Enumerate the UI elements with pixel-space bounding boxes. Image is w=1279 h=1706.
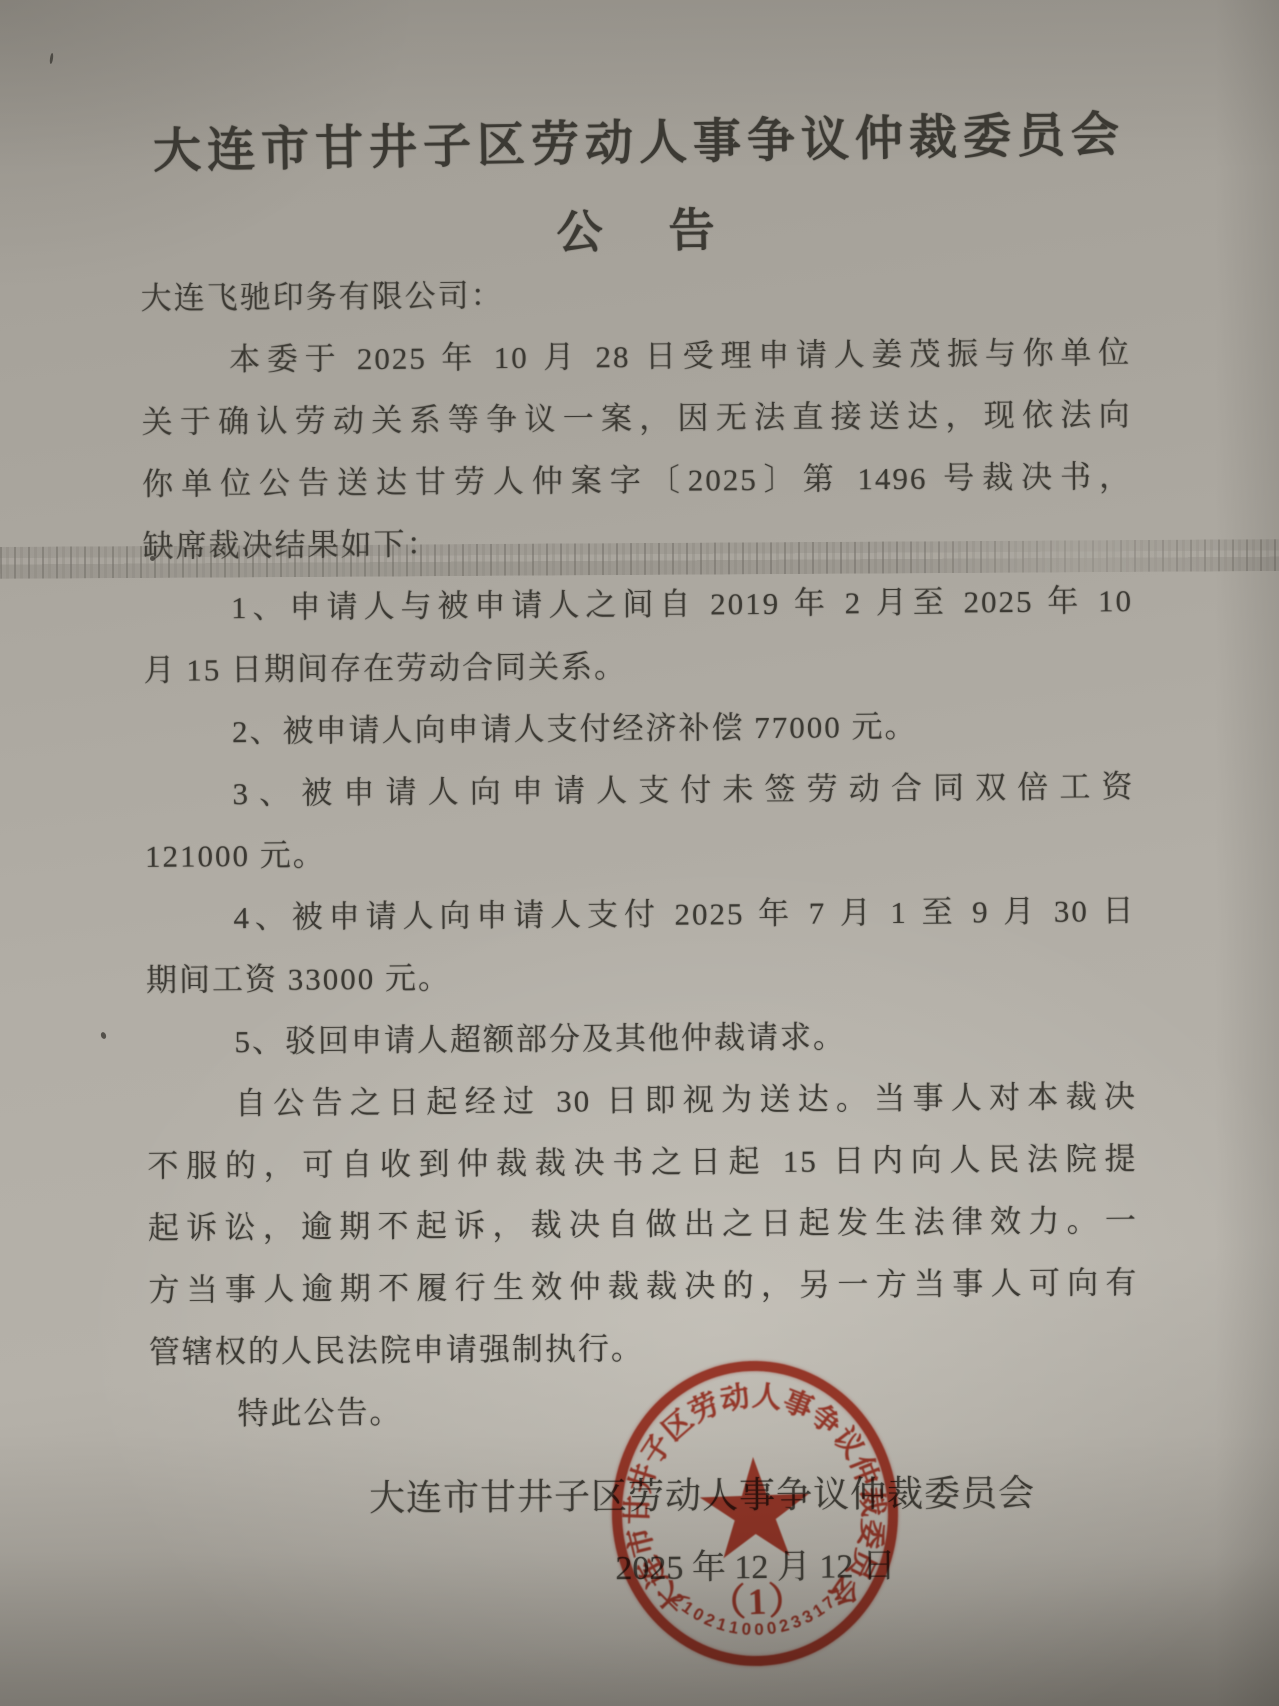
paper-speck	[150, 556, 155, 561]
seal-index-label: （1）	[614, 1566, 902, 1630]
body-line: 1、申请人与被申请人之间自 2019 年 2 月至 2025 年 10	[143, 570, 1133, 640]
recipient-line: 大连飞驰印务有限公司：	[140, 260, 1130, 330]
body-line: 关于确认劳动关系等争议一案，因无法直接送达，现依法向	[141, 384, 1131, 454]
scanned-document-page: 大连市甘井子区劳动人事争议仲裁委员会 公 告 大连飞驰印务有限公司：本委于 20…	[0, 0, 1279, 1706]
body-line: 月 15 日期间存在劳动合同关系。	[143, 632, 1133, 702]
body-line: 起诉讼，逾期不起诉，裁决自做出之日起发生法律效力。一	[148, 1190, 1138, 1260]
official-seal: 大连市甘井子区劳动人事争议仲裁委员会 210211000233177 （1）	[607, 1356, 903, 1671]
document-title-block: 大连市甘井子区劳动人事争议仲裁委员会 公 告	[143, 95, 1136, 269]
body-line: 本委于 2025 年 10 月 28 日受理申请人姜茂振与你单位	[141, 322, 1131, 392]
body-line: 121000 元。	[145, 818, 1135, 888]
body-line: 期间工资 33000 元。	[146, 942, 1136, 1012]
body-line: 2、被申请人向申请人支付经济补偿 77000 元。	[144, 694, 1134, 764]
body-line: 不服的，可自收到仲裁裁决书之日起 15 日内向人民法院提	[147, 1128, 1137, 1198]
body-line: 缺席裁决结果如下：	[142, 508, 1132, 578]
body-line: 5、驳回申请人超额部分及其他仲裁请求。	[146, 1004, 1136, 1074]
body-line: 4、被申请人向申请人支付 2025 年 7 月 1 至 9 月 30 日	[145, 880, 1135, 950]
body-line: 3、被申请人向申请人支付未签劳动合同双倍工资	[144, 756, 1134, 826]
body-line: 你单位公告送达甘劳人仲案字〔2025〕第 1496 号裁决书，	[142, 446, 1132, 516]
document-title: 大连市甘井子区劳动人事争议仲裁委员会	[143, 95, 1134, 181]
document-subtitle: 公 告	[145, 186, 1136, 269]
body-line: 方当事人逾期不履行生效仲裁裁决的，另一方当事人可向有	[148, 1252, 1138, 1322]
body-line: 自公告之日起经过 30 日即视为送达。当事人对本裁决	[147, 1066, 1137, 1136]
document-body: 大连飞驰印务有限公司：本委于 2025 年 10 月 28 日受理申请人姜茂振与…	[140, 260, 1139, 1446]
